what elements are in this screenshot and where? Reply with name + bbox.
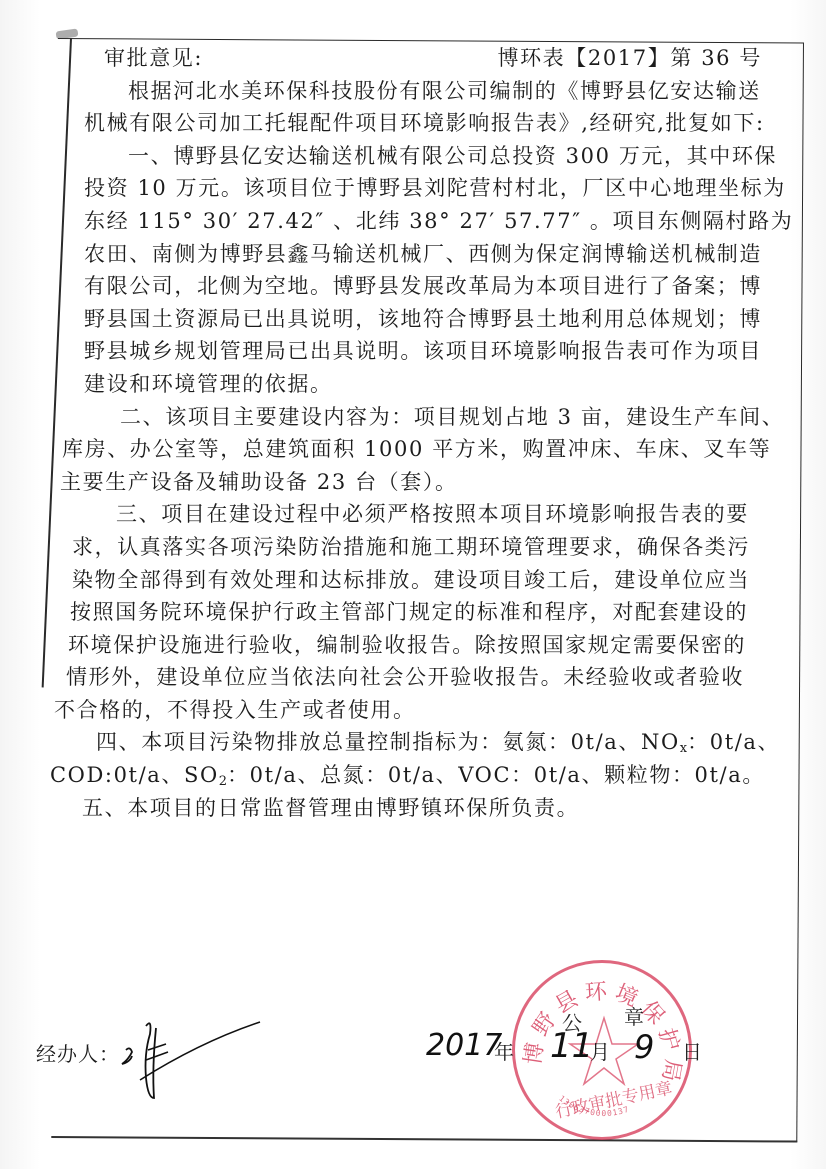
- handler-signature-block: 经办人：: [28, 1010, 278, 1110]
- section-5-line: 五、本项目的日常监督管理由博野镇环保所负责。: [50, 792, 802, 825]
- month-label: 月: [590, 1036, 610, 1065]
- section-1-line: 投资 10 万元。该项目位于博野县刘陀营村村北，厂区中心地理坐标为: [50, 172, 802, 205]
- section-1-line: 野县城乡规划管理局已出具说明。该项目环境影响报告表可作为项目: [50, 335, 802, 368]
- section-4-text: 四、本项目污染物排放总量控制指标为：氨氮：0t/a、NO: [96, 730, 680, 754]
- approval-opinion-body: 审批意见: 博环表【2017】第 36 号 根据河北水美环保科技股份有限公司编制…: [50, 42, 802, 824]
- section-4-line-1: 四、本项目污染物排放总量控制指标为：氨氮：0t/a、NOx：0t/a、: [50, 726, 802, 759]
- intro-line: 根据河北水美环保科技股份有限公司编制的《博野县亿安达输送: [50, 75, 802, 108]
- section-3-line: 求，认真落实各项污染防治措施和施工期环境管理要求，确保各类污: [50, 531, 802, 564]
- section-2-line: 主要生产设备及辅助设备 23 台（套）。: [50, 466, 802, 499]
- approval-date: 2017 年 11 月 9 日: [420, 1030, 720, 1080]
- section-1-line: 建设和环境管理的依据。: [50, 368, 802, 401]
- section-1-line: 东经 115° 30′ 27.42″ 、北纬 38° 27′ 57.77″ 。项…: [50, 205, 802, 238]
- date-day: 9: [634, 1028, 654, 1066]
- section-4-line-2: COD:0t/a、SO2：0t/a、总氮：0t/a、VOC：0t/a、颗粒物：0…: [50, 759, 802, 792]
- approval-opinion-label: 审批意见:: [104, 42, 203, 75]
- header-row: 审批意见: 博环表【2017】第 36 号: [50, 42, 802, 75]
- section-3-line: 环境保护设施进行验收，编制验收报告。除按照国家规定需要保密的: [50, 629, 802, 662]
- section-3-line: 不合格的，不得投入生产或者使用。: [50, 694, 802, 727]
- date-year: 2017: [426, 1028, 502, 1063]
- section-1-line: 野县国土资源局已出具说明，该地符合博野县土地利用总体规划；博: [50, 303, 802, 336]
- section-3-line: 三、项目在建设过程中必须严格按照本项目环境影响报告表的要: [50, 498, 802, 531]
- section-3-line: 按照国务院环境保护行政主管部门规定的标准和程序，对配套建设的: [50, 596, 802, 629]
- section-1-line: 一、博野县亿安达输送机械有限公司总投资 300 万元，其中环保: [50, 140, 802, 173]
- year-label: 年: [494, 1036, 514, 1065]
- section-1-line: 农田、南侧为博野县鑫马输送机械厂、西侧为保定润博输送机械制造: [50, 238, 802, 271]
- section-3-line: 情形外，建设单位应当依法向社会公开验收报告。未经验收或者验收: [50, 661, 802, 694]
- section-4-text: ：0t/a、总氮：0t/a、VOC：0t/a、颗粒物：0t/a。: [227, 763, 765, 787]
- date-month: 11: [550, 1026, 593, 1066]
- seal-center-right: 章: [624, 1005, 644, 1029]
- handwritten-signature-icon: [28, 1010, 278, 1110]
- subscript-2: 2: [219, 774, 227, 789]
- intro-line: 机械有限公司加工托辊配件项目环境影响报告表》,经研究,批复如下:: [50, 107, 802, 140]
- section-4-text: ：0t/a、: [687, 730, 780, 754]
- day-label: 日: [682, 1036, 702, 1065]
- section-3-line: 染物全部得到有效处理和达标排放。建设项目竣工后，建设单位应当: [50, 564, 802, 597]
- section-1-line: 有限公司，北侧为空地。博野县发展改革局为本项目进行了备案；博: [50, 270, 802, 303]
- section-4-text: COD:0t/a、SO: [50, 763, 219, 787]
- section-2-line: 库房、办公室等，总建筑面积 1000 平方米，购置冲床、车床、叉车等: [50, 433, 802, 466]
- section-2-line: 二、该项目主要建设内容为：项目规划占地 3 亩，建设生产车间、: [50, 401, 802, 434]
- document-number: 博环表【2017】第 36 号: [497, 42, 762, 75]
